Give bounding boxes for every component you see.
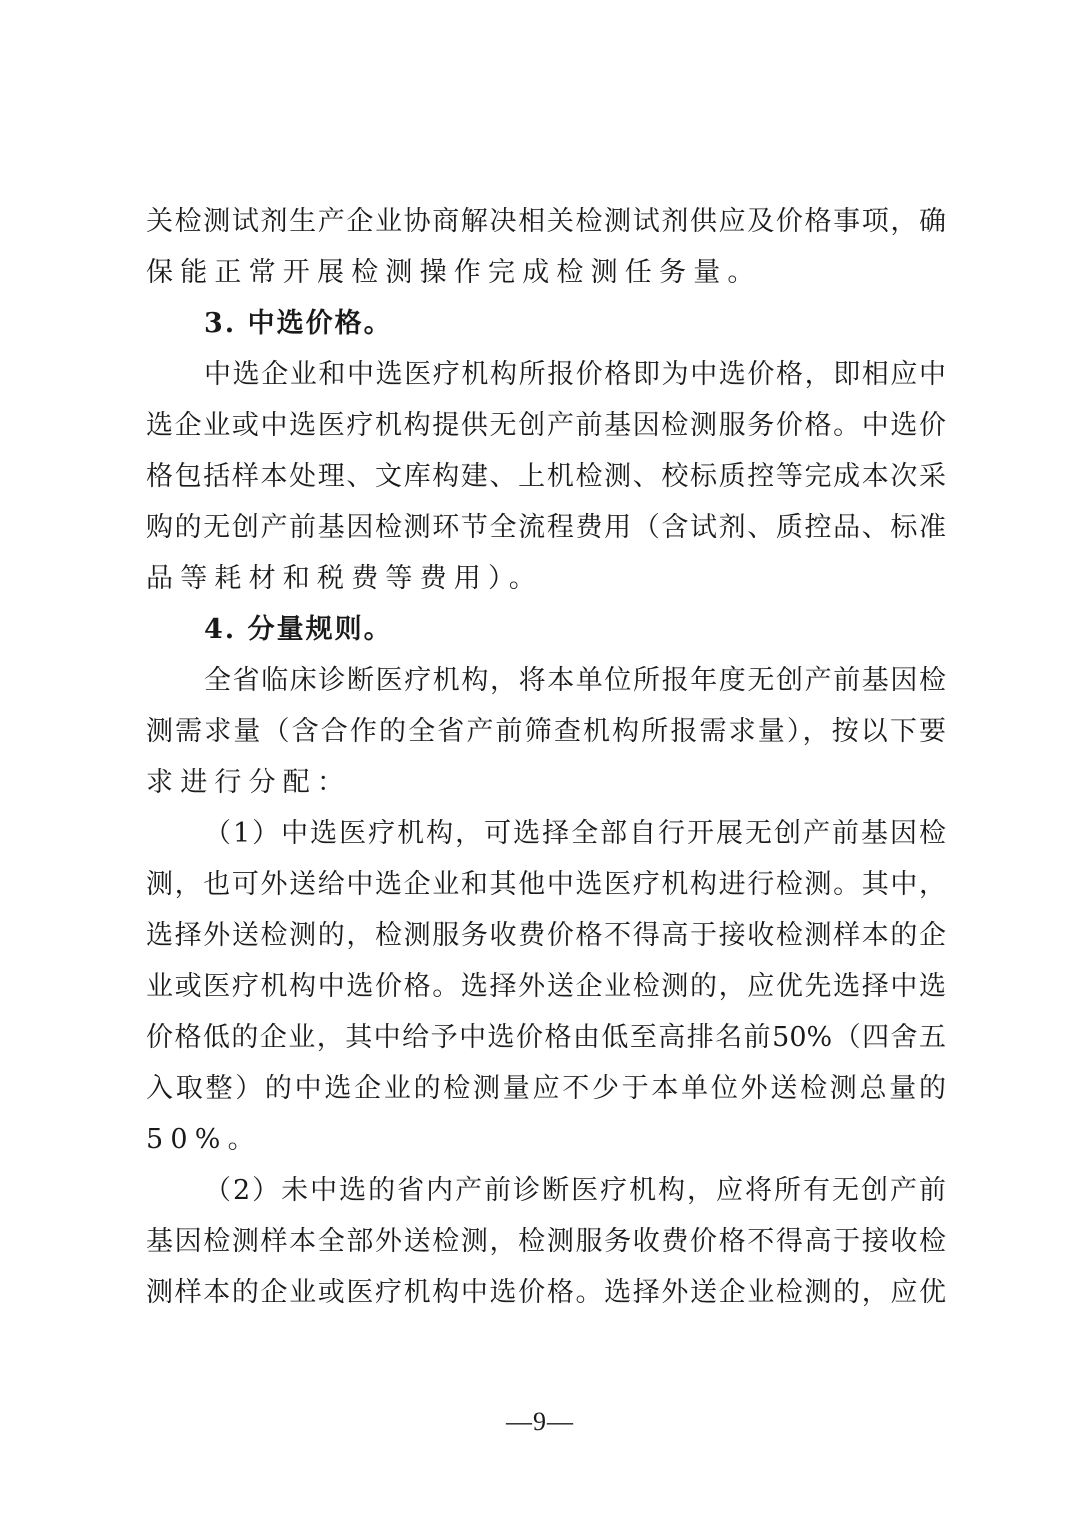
paragraph-line: 选择外送检测的，检测服务收费价格不得高于接收检测样本的企 — [146, 910, 946, 961]
page-number: —9— — [0, 1402, 1080, 1442]
paragraph-line: 保能正常开展检测操作完成检测任务量。 — [146, 247, 946, 298]
paragraph-line: 入取整）的中选企业的检测量应不少于本单位外送检测总量的 — [146, 1063, 946, 1114]
paragraph-line: 测，也可外送给中选企业和其他中选医疗机构进行检测。其中， — [146, 859, 946, 910]
paragraph-line: 求进行分配： — [146, 757, 946, 808]
document-body: 关检测试剂生产企业协商解决相关检测试剂供应及价格事项，确 保能正常开展检测操作完… — [146, 196, 946, 1318]
paragraph-line: 基因检测样本全部外送检测，检测服务收费价格不得高于接收检 — [146, 1216, 946, 1267]
paragraph-line: 选企业或中选医疗机构提供无创产前基因检测服务价格。中选价 — [146, 400, 946, 451]
paragraph-line: 50%。 — [146, 1114, 946, 1165]
paragraph-line: 业或医疗机构中选价格。选择外送企业检测的，应优先选择中选 — [146, 961, 946, 1012]
paragraph-line: 关检测试剂生产企业协商解决相关检测试剂供应及价格事项，确 — [146, 196, 946, 247]
paragraph-line: （2）未中选的省内产前诊断医疗机构，应将所有无创产前 — [146, 1165, 946, 1216]
paragraph-line: 价格低的企业，其中给予中选价格由低至高排名前50%（四舍五 — [146, 1012, 946, 1063]
paragraph-line: 全省临床诊断医疗机构，将本单位所报年度无创产前基因检 — [146, 655, 946, 706]
paragraph-line: 测样本的企业或医疗机构中选价格。选择外送企业检测的，应优 — [146, 1267, 946, 1318]
paragraph-line: （1）中选医疗机构，可选择全部自行开展无创产前基因检 — [146, 808, 946, 859]
document-page: 关检测试剂生产企业协商解决相关检测试剂供应及价格事项，确 保能正常开展检测操作完… — [0, 0, 1080, 1526]
paragraph-line: 购的无创产前基因检测环节全流程费用（含试剂、质控品、标准 — [146, 502, 946, 553]
paragraph-line: 中选企业和中选医疗机构所报价格即为中选价格，即相应中 — [146, 349, 946, 400]
paragraph-line: 测需求量（含合作的全省产前筛查机构所报需求量），按以下要 — [146, 706, 946, 757]
paragraph-line: 格包括样本处理、文库构建、上机检测、校标质控等完成本次采 — [146, 451, 946, 502]
section-heading-3: 3. 中选价格。 — [146, 298, 946, 349]
paragraph-line: 品等耗材和税费等费用）。 — [146, 553, 946, 604]
section-heading-4: 4. 分量规则。 — [146, 604, 946, 655]
